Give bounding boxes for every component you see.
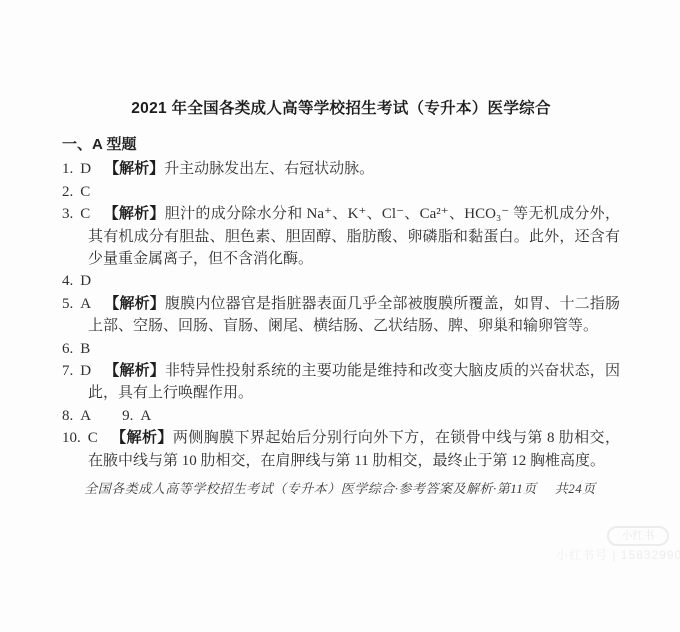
analysis-label: 【解析】 bbox=[104, 362, 165, 379]
question-number: 6. bbox=[62, 341, 73, 357]
answer-letter: C bbox=[88, 430, 98, 446]
question-number: 5. bbox=[62, 296, 73, 312]
answer-item-2: 2.C bbox=[62, 181, 620, 203]
question-number: 7. bbox=[62, 363, 73, 379]
answer-item-3: 3.C【解析】胆汁的成分除水分和 Na⁺、K⁺、Cl⁻、Ca²⁺、HCO₃⁻ 等… bbox=[62, 203, 620, 270]
footer-page-total: 共24页 bbox=[555, 481, 596, 496]
analysis-label: 【解析】 bbox=[104, 295, 165, 312]
question-number: 4. bbox=[62, 273, 73, 289]
analysis-label: 【解析】 bbox=[104, 160, 164, 177]
answer-item-10: 10.C【解析】两侧胸膜下界起始后分别行向外下方，在锁骨中线与第 8 肋相交，在… bbox=[62, 427, 620, 472]
answer-letter: A bbox=[140, 408, 151, 424]
question-number: 8. bbox=[62, 408, 73, 424]
question-number: 1. bbox=[62, 161, 73, 177]
answer-letter: D bbox=[80, 161, 91, 177]
question-number: 9. bbox=[122, 408, 133, 424]
xiaohongshu-watermark-badge: 小红书 bbox=[607, 526, 669, 546]
answer-letter: C bbox=[80, 184, 90, 200]
answer-letter: D bbox=[80, 273, 91, 289]
analysis-label: 【解析】 bbox=[111, 429, 173, 446]
question-number: 10. bbox=[62, 430, 81, 446]
answer-letter: B bbox=[80, 341, 90, 357]
analysis-text: 腹膜内位器官是指脏器表面几乎全部被腹膜所覆盖，如胃、十二指肠上部、空肠、回肠、盲… bbox=[88, 296, 620, 334]
analysis-label: 【解析】 bbox=[103, 205, 165, 222]
analysis-text: 升主动脉发出左、右冠状动脉。 bbox=[164, 161, 374, 177]
page-content: 2021 年全国各类成人高等学校招生考试（专升本）医学综合 一、A 型题 1.D… bbox=[62, 96, 620, 472]
page-footer: 全国各类成人高等学校招生考试（专升本）医学综合·参考答案及解析·第11页共24页 bbox=[0, 478, 680, 497]
footer-text: 全国各类成人高等学校招生考试（专升本）医学综合·参考答案及解析·第11页 bbox=[84, 481, 537, 496]
page-title: 2021 年全国各类成人高等学校招生考试（专升本）医学综合 bbox=[62, 96, 620, 118]
answer-letter: A bbox=[80, 296, 91, 312]
answer-letter: C bbox=[80, 206, 90, 222]
analysis-text: 非特异性投射系统的主要功能是维持和改变大脑皮质的兴奋状态，因此，具有上行唤醒作用… bbox=[88, 363, 620, 401]
answer-item-7: 7.D【解析】非特异性投射系统的主要功能是维持和改变大脑皮质的兴奋状态，因此，具… bbox=[62, 360, 620, 405]
question-number: 3. bbox=[62, 206, 73, 222]
xiaohongshu-watermark-id: 小红书号 | 1583299062 bbox=[556, 546, 680, 563]
answer-item-4: 4.D bbox=[62, 270, 620, 292]
section-heading-a-type: 一、A 型题 bbox=[62, 134, 620, 156]
answer-item-5: 5.A【解析】腹膜内位器官是指脏器表面几乎全部被腹膜所覆盖，如胃、十二指肠上部、… bbox=[62, 293, 620, 338]
answer-letter: D bbox=[80, 363, 91, 379]
answer-item-8-9: 8.A9.A bbox=[62, 405, 620, 427]
answer-item-6: 6.B bbox=[62, 338, 620, 360]
answer-letter: A bbox=[80, 408, 91, 424]
scanned-answer-page: 2021 年全国各类成人高等学校招生考试（专升本）医学综合 一、A 型题 1.D… bbox=[0, 0, 680, 632]
question-number: 2. bbox=[62, 184, 73, 200]
answer-item-1: 1.D【解析】升主动脉发出左、右冠状动脉。 bbox=[62, 158, 620, 180]
analysis-text: 胆汁的成分除水分和 Na⁺、K⁺、Cl⁻、Ca²⁺、HCO₃⁻ 等无机成分外，其… bbox=[88, 206, 620, 267]
